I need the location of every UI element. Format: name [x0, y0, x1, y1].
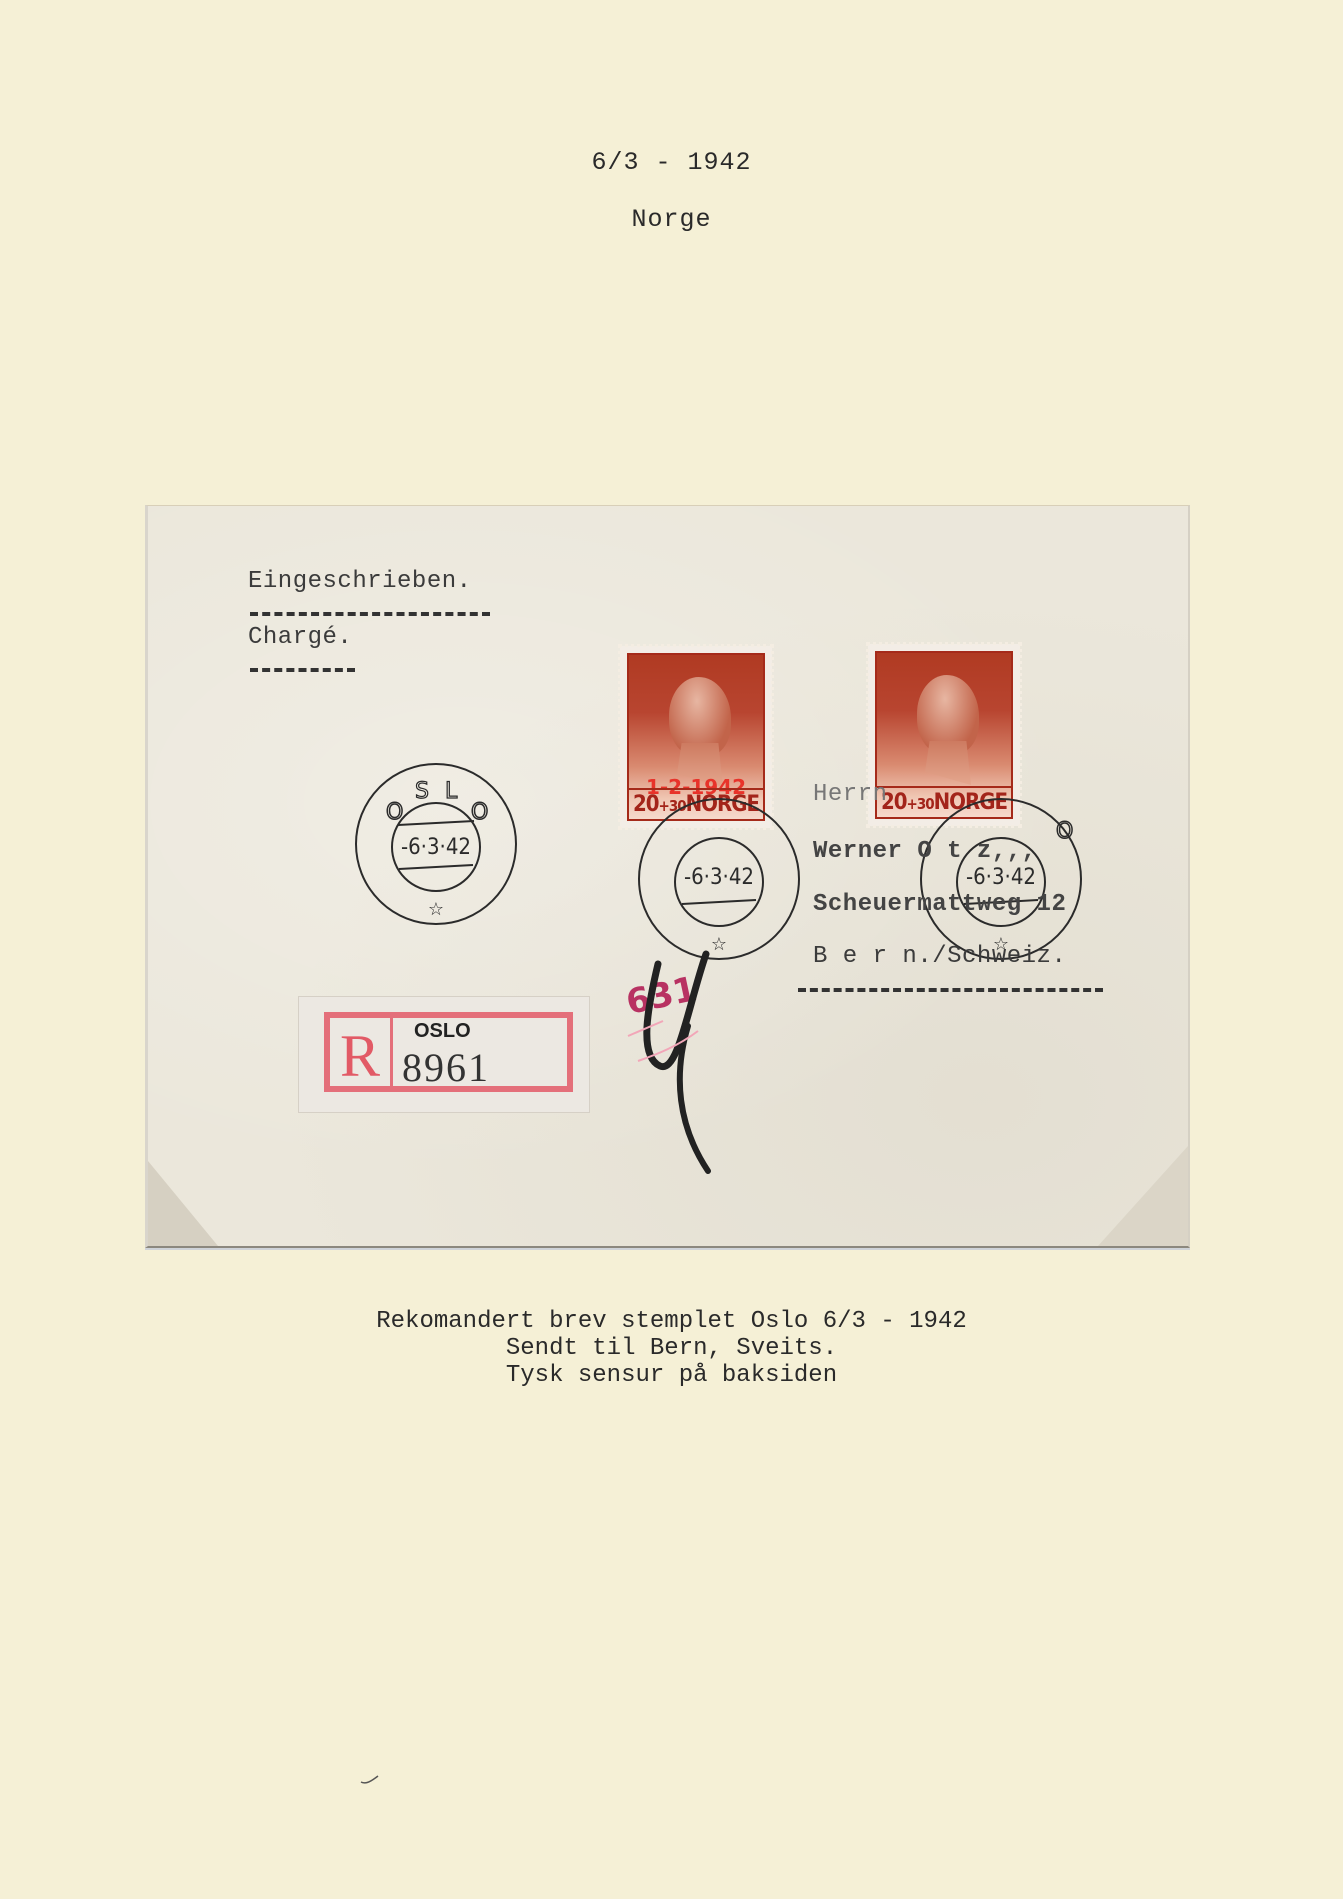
- postmark-cancellation: -6·3·42 O S L O ☆: [353, 761, 519, 927]
- registration-marking-french: Chargé.: [248, 624, 352, 651]
- portrait-bust-neck: [925, 741, 971, 785]
- address-name: Werner O t z,,,: [813, 838, 1037, 865]
- pencil-tick-icon: [360, 1775, 380, 1785]
- postmark-cancellation: -6·3·42 O ☆: [918, 796, 1084, 962]
- svg-text:-6·3·42: -6·3·42: [966, 865, 1036, 890]
- postmark-ring-icon: -6·3·42 ☆: [636, 796, 802, 962]
- svg-text:O: O: [386, 800, 403, 825]
- postmark-cancellation: -6·3·42 ☆: [636, 796, 802, 962]
- svg-text:-6·3·42: -6·3·42: [684, 865, 754, 890]
- underline-dashes: [250, 668, 355, 672]
- caption-line: Sendt til Bern, Sveits.: [0, 1335, 1343, 1362]
- page-heading-country: Norge: [0, 205, 1343, 234]
- page-heading-date: 6/3 - 1942: [0, 148, 1343, 177]
- svg-text:O: O: [471, 800, 488, 825]
- registration-office: OSLO: [414, 1020, 471, 1043]
- registration-marking-german: Eingeschrieben.: [248, 568, 472, 595]
- svg-text:S: S: [415, 779, 429, 804]
- svg-text:O: O: [1056, 819, 1073, 844]
- pencil-scrawl-icon: [618, 946, 728, 1176]
- exhibit-caption: Rekomandert brev stemplet Oslo 6/3 - 194…: [0, 1308, 1343, 1389]
- label-divider: [390, 1018, 393, 1086]
- envelope-corner-fold: [148, 1161, 218, 1246]
- svg-text:☆: ☆: [428, 899, 444, 920]
- caption-line: Rekomandert brev stemplet Oslo 6/3 - 194…: [0, 1308, 1343, 1335]
- caption-line: Tysk sensur på baksiden: [0, 1362, 1343, 1389]
- envelope-cover: Eingeschrieben. Chargé. 1-2-1942 20+30NO…: [145, 505, 1190, 1248]
- registration-label-frame: R OSLO 8961: [324, 1012, 573, 1092]
- registration-number: 8961: [402, 1044, 490, 1091]
- underline-dashes: [250, 612, 490, 616]
- registration-label: R OSLO 8961: [298, 996, 590, 1113]
- svg-text:-6·3·42: -6·3·42: [401, 835, 471, 860]
- address-street: Scheuermattweg 12: [813, 891, 1066, 918]
- underline-dashes: [798, 988, 1103, 992]
- postmark-ring-icon: -6·3·42 O S L O ☆: [353, 761, 519, 927]
- registration-letter: R: [330, 1018, 390, 1086]
- svg-text:L: L: [445, 779, 458, 804]
- address-salutation: Herrn: [813, 781, 888, 808]
- address-city: B e r n./Schweiz.: [813, 943, 1066, 970]
- stamp-design: 20+30NORGE: [875, 651, 1013, 819]
- postmark-ring-icon: -6·3·42 O ☆: [918, 796, 1084, 962]
- envelope-corner-fold: [1098, 1146, 1188, 1246]
